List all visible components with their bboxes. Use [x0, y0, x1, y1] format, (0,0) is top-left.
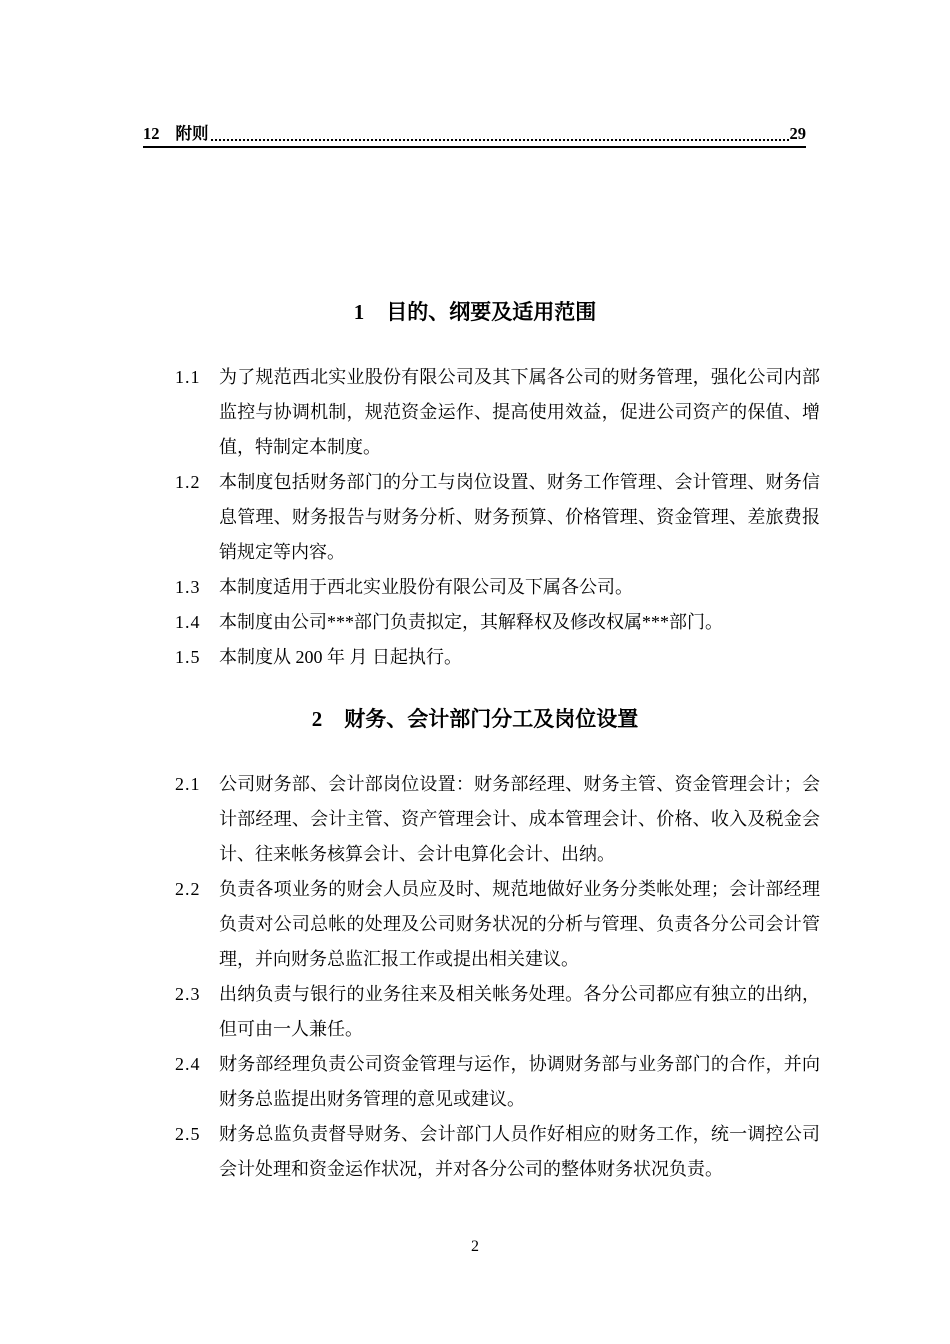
section-1-heading-title: 目的、纲要及适用范围 — [386, 298, 596, 326]
section-2-clause-list: 2.1 公司财务部、会计部岗位设置：财务部经理、财务主管、资金管理会计；会计部经… — [175, 767, 820, 1187]
clause-2-1: 2.1 公司财务部、会计部岗位设置：财务部经理、财务主管、资金管理会计；会计部经… — [175, 767, 820, 872]
clause-text: 负责各项业务的财会人员应及时、规范地做好业务分类帐处理；会计部经理负责对公司总帐… — [219, 872, 820, 977]
clause-number: 1.5 — [175, 640, 219, 675]
clause-number: 2.4 — [175, 1047, 219, 1082]
clause-number: 1.1 — [175, 360, 219, 395]
section-1-clause-list: 1.1 为了规范西北实业股份有限公司及其下属各公司的财务管理，强化公司内部监控与… — [175, 360, 820, 675]
clause-text: 本制度包括财务部门的分工与岗位设置、财务工作管理、会计管理、财务信息管理、财务报… — [219, 465, 820, 570]
section-2-heading-number: 2 — [312, 705, 323, 733]
section-2-heading: 2 财务、会计部门分工及岗位设置 — [0, 705, 950, 733]
clause-text: 为了规范西北实业股份有限公司及其下属各公司的财务管理，强化公司内部监控与协调机制… — [219, 360, 820, 465]
clause-number: 2.5 — [175, 1117, 219, 1152]
toc-entry-page-number: 29 — [790, 124, 807, 144]
clause-number: 2.1 — [175, 767, 219, 802]
clause-number: 1.2 — [175, 465, 219, 500]
clause-1-1: 1.1 为了规范西北实业股份有限公司及其下属各公司的财务管理，强化公司内部监控与… — [175, 360, 820, 465]
clause-number: 2.3 — [175, 977, 219, 1012]
clause-1-4: 1.4 本制度由公司***部门负责拟定，其解释权及修改权属***部门。 — [175, 605, 820, 640]
clause-1-2: 1.2 本制度包括财务部门的分工与岗位设置、财务工作管理、会计管理、财务信息管理… — [175, 465, 820, 570]
clause-1-3: 1.3 本制度适用于西北实业股份有限公司及下属各公司。 — [175, 570, 820, 605]
clause-text: 出纳负责与银行的业务往来及相关帐务处理。各分公司都应有独立的出纳，但可由一人兼任… — [219, 977, 820, 1047]
clause-number: 2.2 — [175, 872, 219, 907]
clause-2-5: 2.5 财务总监负责督导财务、会计部门人员作好相应的财务工作，统一调控公司会计处… — [175, 1117, 820, 1187]
clause-2-3: 2.3 出纳负责与银行的业务往来及相关帐务处理。各分公司都应有独立的出纳，但可由… — [175, 977, 820, 1047]
clause-text: 本制度适用于西北实业股份有限公司及下属各公司。 — [219, 570, 820, 605]
clause-2-2: 2.2 负责各项业务的财会人员应及时、规范地做好业务分类帐处理；会计部经理负责对… — [175, 872, 820, 977]
toc-entry-title: 附则 — [176, 124, 209, 144]
clause-text: 财务部经理负责公司资金管理与运作，协调财务部与业务部门的合作，并向财务总监提出财… — [219, 1047, 820, 1117]
clause-2-4: 2.4 财务部经理负责公司资金管理与运作，协调财务部与业务部门的合作，并向财务总… — [175, 1047, 820, 1117]
clause-number: 1.4 — [175, 605, 219, 640]
toc-dot-leader — [211, 138, 789, 141]
clause-number: 1.3 — [175, 570, 219, 605]
toc-entry: 12 附则 29 — [143, 124, 806, 148]
clause-text: 财务总监负责督导财务、会计部门人员作好相应的财务工作，统一调控公司会计处理和资金… — [219, 1117, 820, 1187]
footer-page-number: 2 — [0, 1238, 950, 1256]
clause-text: 公司财务部、会计部岗位设置：财务部经理、财务主管、资金管理会计；会计部经理、会计… — [219, 767, 820, 872]
section-1-heading: 1 目的、纲要及适用范围 — [0, 298, 950, 326]
document-page: 12 附则 29 1 目的、纲要及适用范围 1.1 为了规范西北实业股份有限公司… — [0, 0, 950, 1344]
clause-text: 本制度从 200 年 月 日起执行。 — [219, 640, 820, 675]
clause-1-5: 1.5 本制度从 200 年 月 日起执行。 — [175, 640, 820, 675]
toc-entry-number: 12 — [143, 124, 160, 144]
section-1-heading-number: 1 — [354, 298, 365, 326]
section-2-heading-title: 财务、会计部门分工及岗位设置 — [344, 705, 638, 733]
clause-text: 本制度由公司***部门负责拟定，其解释权及修改权属***部门。 — [219, 605, 820, 640]
